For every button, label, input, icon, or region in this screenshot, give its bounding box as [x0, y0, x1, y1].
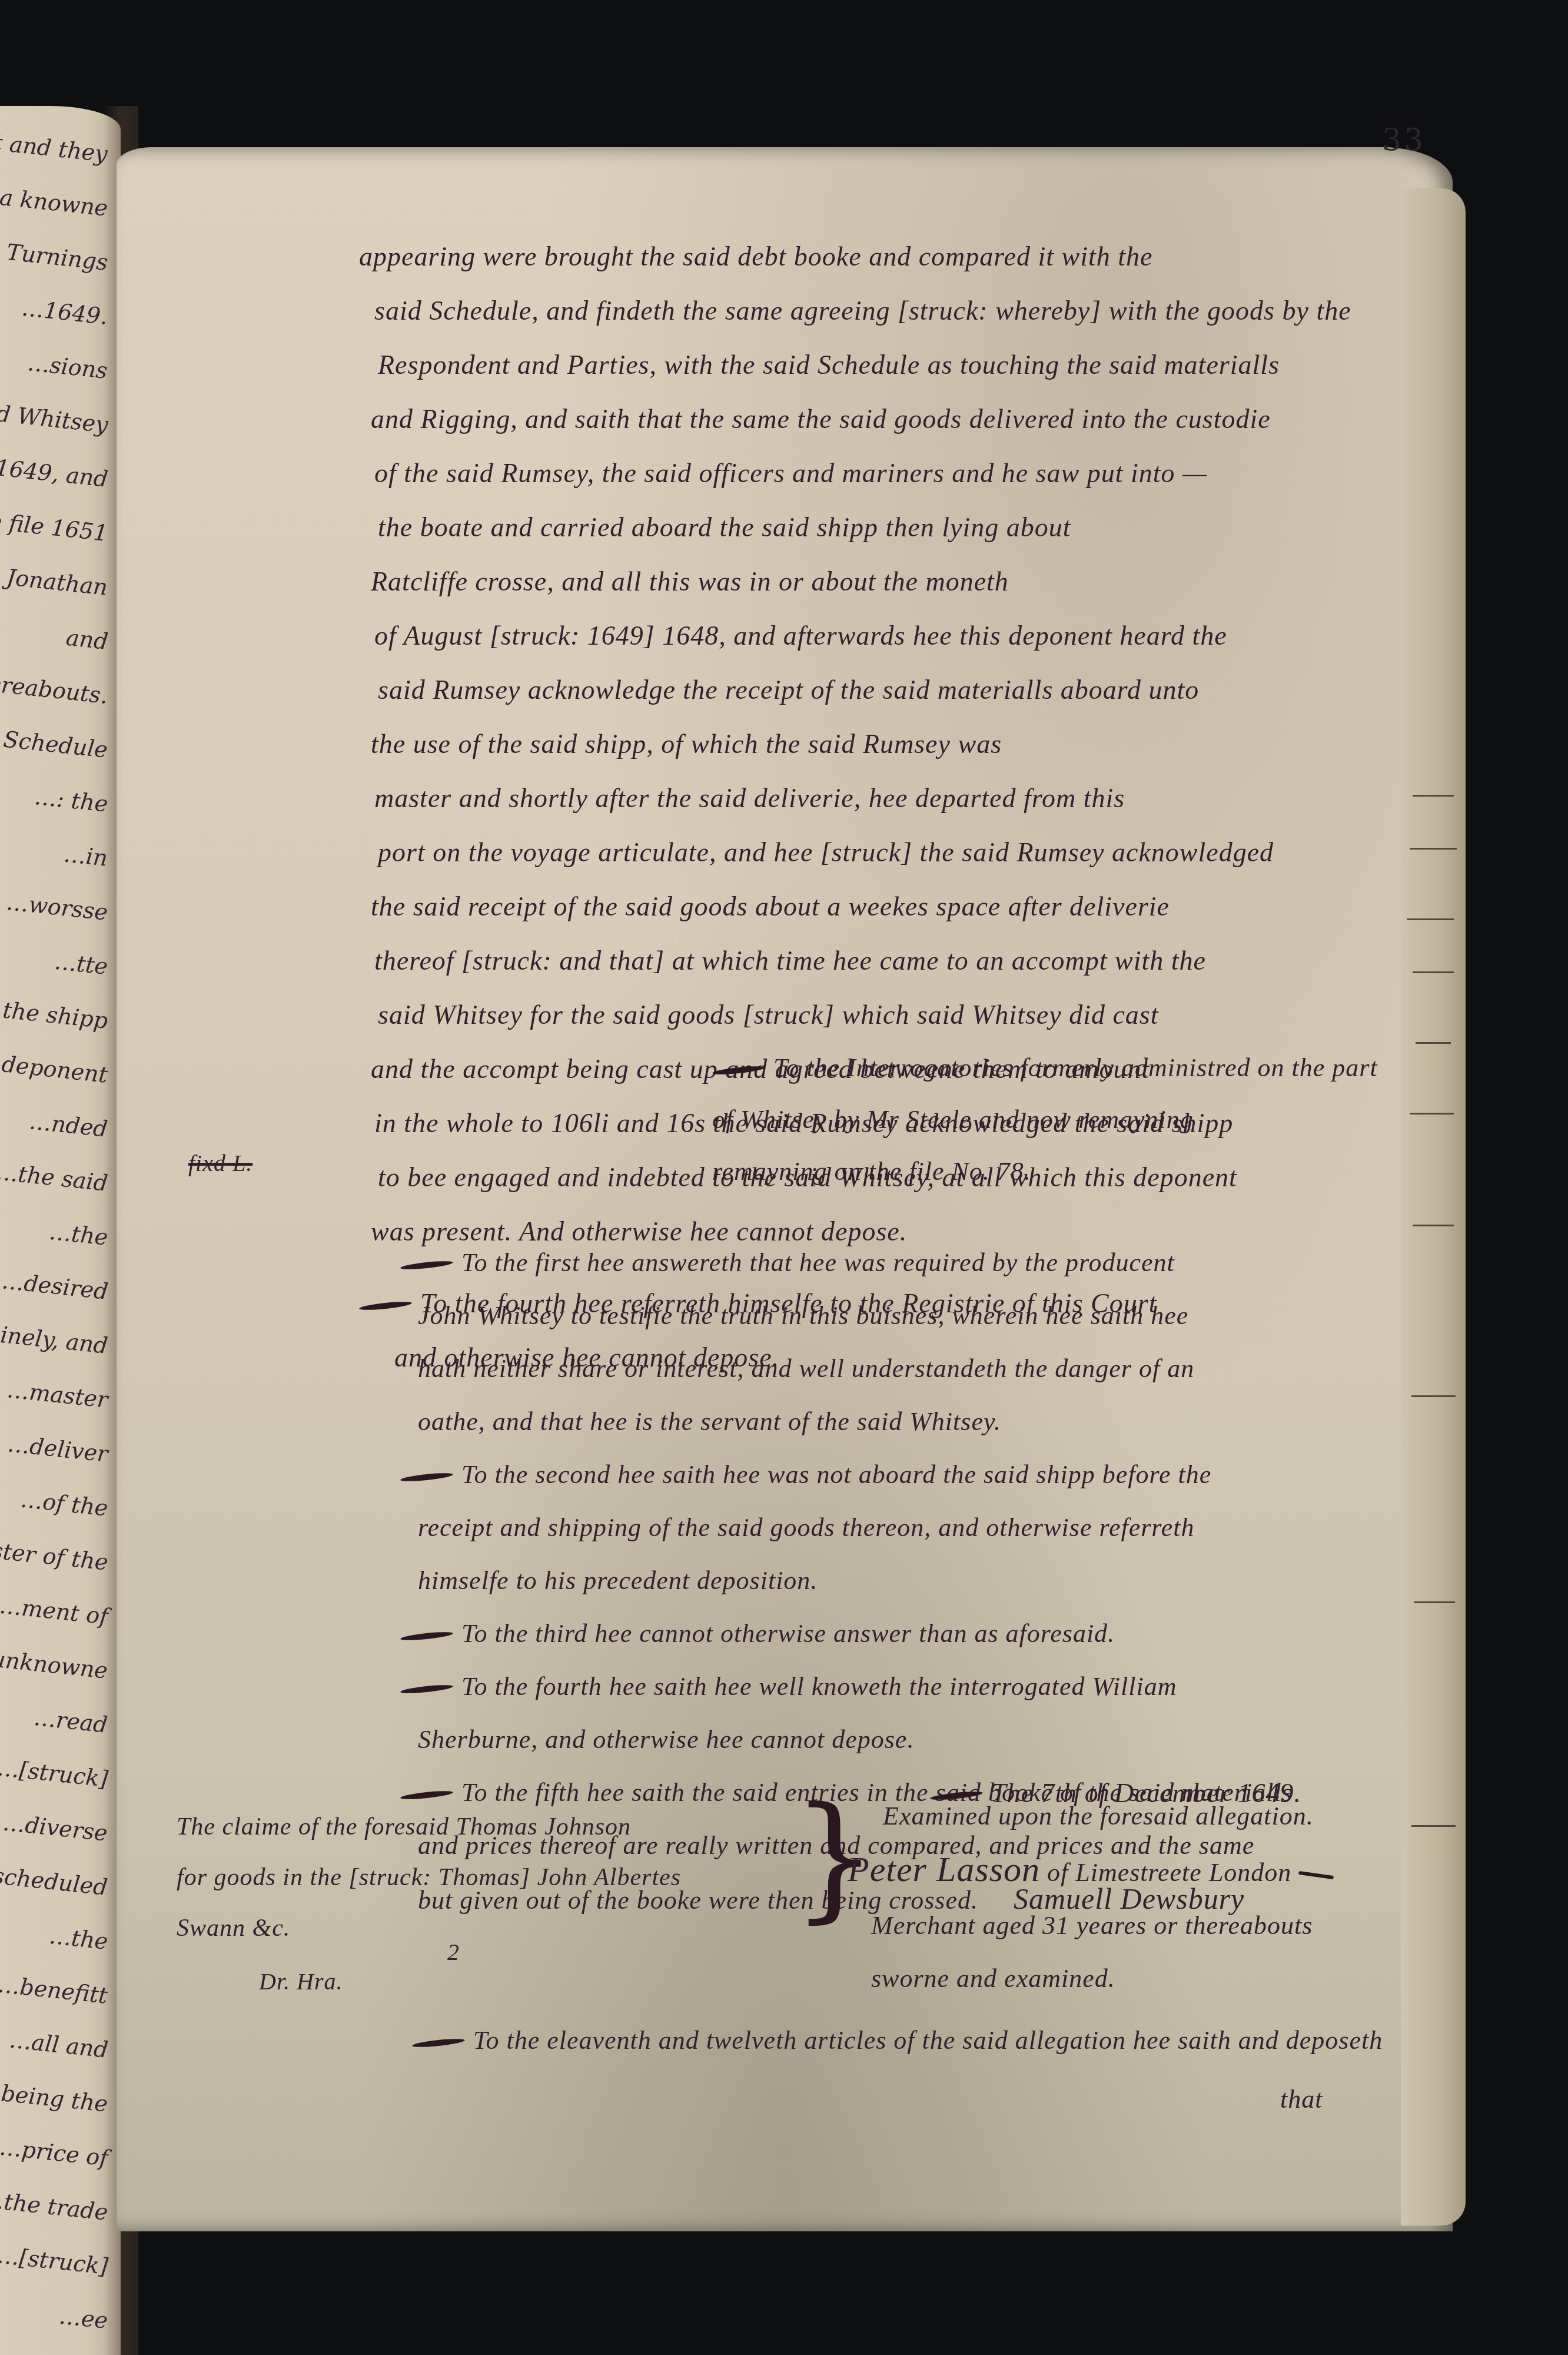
- facing-page-fragment: …benefitt: [0, 1972, 109, 2009]
- edge-leaf-mark: [1411, 1395, 1456, 1397]
- heading-line: of Whitsey by Mr Steele and now remaynin…: [712, 1094, 1378, 1146]
- cause-line: The claime of the foresaid Thomas Johnso…: [177, 1802, 681, 1852]
- catchword: that: [1280, 2072, 1323, 2127]
- deposition-line: said Schedule, and findeth the same agre…: [359, 284, 1430, 338]
- facing-page-fragment: …of the: [19, 1487, 109, 1521]
- facing-page-fragment: …1649.: [21, 295, 109, 330]
- facing-page-fragment: …ua knowne: [0, 180, 109, 221]
- facing-page-fragment: …tyme Turnings: [0, 230, 109, 276]
- deposition-line: appearing were brought the said debt boo…: [359, 230, 1430, 284]
- cause-title: The claime of the foresaid Thomas Johnso…: [177, 1802, 681, 1953]
- proctor-note: Dr. Hra.: [259, 1955, 343, 2009]
- flourish-mark: [400, 1259, 454, 1271]
- deposition-line: Ratcliffe crosse, and all this was in or…: [359, 555, 1430, 609]
- deposition-line: master and shortly after the said delive…: [359, 771, 1430, 825]
- answer-line: To the fourth hee saith hee well knoweth…: [400, 1660, 1293, 1713]
- deposition-body: appearing were brought the said debt boo…: [359, 230, 1430, 1385]
- facing-page-fragment: …the shipp: [0, 994, 109, 1033]
- deposition-line: port on the voyage articulate, and hee […: [359, 825, 1430, 880]
- facing-page-fragment: …being the: [0, 2078, 109, 2117]
- deposition-line: of August [struck: 1649] 1648, and after…: [359, 609, 1430, 663]
- deposition-line: the said receipt of the said goods about…: [359, 880, 1430, 934]
- flourish-mark: [400, 1471, 454, 1482]
- facing-page-fragment: …diverse: [2, 1809, 109, 1846]
- answer-line: Sherburne, and otherwise hee cannot depo…: [400, 1713, 1293, 1766]
- facing-page-fragment: …the file 1651: [0, 503, 109, 546]
- facing-page-fragment: …ment and they: [0, 122, 109, 167]
- answer-line: To the third hee cannot otherwise answer…: [400, 1607, 1293, 1660]
- heading-line: remayning on the file No. 78.: [712, 1146, 1378, 1198]
- deposition-line: and Rigging, and saith that the same the…: [359, 392, 1430, 446]
- deposition-line: of the said Rumsey, the said officers an…: [359, 446, 1430, 500]
- facing-page-fragment: …the said: [0, 1159, 109, 1196]
- edge-leaf-mark: [1414, 1601, 1455, 1603]
- facing-page-fragment: thereabouts.: [0, 668, 109, 709]
- interrogatories-heading: To the Interrogatories formerly administ…: [712, 1042, 1378, 1198]
- facing-page-fragment: and: [65, 625, 109, 655]
- facing-page-fragment: …unknowne: [0, 1643, 109, 1684]
- facing-page-fragment: …ee: [58, 2303, 109, 2333]
- facing-page-fragment: …tte: [53, 948, 109, 980]
- facing-page-fragment: …master of the: [0, 1531, 109, 1575]
- answer-line: receipt and shipping of the said goods t…: [400, 1501, 1293, 1554]
- facing-page-fragment: …scheduled: [0, 1860, 109, 1900]
- flourish-mark: [400, 1683, 454, 1694]
- deponent-description: Merchant aged 31 yeares or thereabouts: [848, 1899, 1334, 1952]
- deponent-name-line: Peter Lasson of Limestreete London: [848, 1843, 1334, 1899]
- flourish-mark: [412, 2037, 466, 2048]
- facing-page-fragment: …certainely, and: [0, 1314, 109, 1359]
- facing-page-fragment: …ain said Whitsey: [0, 390, 109, 438]
- deposition-line: the boate and carried aboard the said sh…: [359, 500, 1430, 555]
- articles-answer-line: To the eleaventh and twelveth articles o…: [412, 2014, 1383, 2068]
- deposition-line: thereof [struck: and that] at which time…: [359, 934, 1430, 988]
- examined-line: Examined upon the foresaid allegation.: [848, 1790, 1334, 1843]
- facing-page-fragment: …deponent: [0, 1049, 109, 1088]
- facing-page-fragment: …desired: [0, 1268, 109, 1305]
- answer-line: oathe, and that hee is the servant of th…: [400, 1395, 1293, 1448]
- facing-page-fragment: …master: [6, 1376, 109, 1413]
- cause-line: for goods in the [struck: Thomas] John A…: [177, 1852, 681, 1903]
- flourish-mark: [400, 1789, 454, 1800]
- facing-page-fragment: …price of: [0, 2134, 109, 2171]
- deponent-name: Peter Lasson: [848, 1850, 1040, 1889]
- flourish-mark: [400, 1630, 454, 1641]
- facing-page-fragment: …[struck]: [0, 1754, 109, 1792]
- edge-leaf-mark: [1411, 1825, 1456, 1827]
- answer-line: To the second hee saith hee was not aboa…: [400, 1448, 1293, 1501]
- answer-line: himselfe to his precedent deposition.: [400, 1554, 1293, 1607]
- facing-page-fragment: …and Jonathan: [0, 556, 109, 600]
- deposition-line: Respondent and Parties, with the said Sc…: [359, 338, 1430, 392]
- facing-page-fragment: …nded: [28, 1108, 109, 1142]
- facing-page-fragment: …[struck]: [0, 2242, 109, 2280]
- deposition-line: said Rumsey acknowledge the receipt of t…: [359, 663, 1430, 717]
- facing-page-fragment: …: the: [33, 784, 109, 817]
- answer-line: John Whitsey to testifie the truth in th…: [400, 1289, 1293, 1342]
- facing-page-fragment: …ment of: [0, 1593, 109, 1630]
- witness-number: 2: [447, 1925, 460, 1979]
- facing-page-fragment: …the trade: [0, 2187, 109, 2225]
- facing-page-fragment: …worsse: [5, 889, 109, 926]
- margin-note-struck: fixd L.: [188, 1136, 253, 1190]
- answer-line: hath neither share or interest, and well…: [400, 1342, 1293, 1395]
- facing-page-fragment: …sions: [26, 350, 109, 384]
- facing-page-fragment: …in: [62, 841, 109, 871]
- cause-line: Swann &c.: [177, 1903, 681, 1953]
- facing-page-fragment: …deliver: [6, 1431, 109, 1467]
- line-filler-dash: [1298, 1871, 1334, 1879]
- flourish-mark: [712, 1064, 766, 1076]
- facing-page-fragment: Schedule: [2, 727, 109, 763]
- facing-page-fragment: …read: [33, 1704, 109, 1738]
- deposition-line: the use of the said shipp, of which the …: [359, 717, 1430, 771]
- folio-number: 33: [1382, 122, 1426, 158]
- facing-page-fragment: …1649, and: [0, 452, 109, 492]
- deponent-entry: Examined upon the foresaid allegation. P…: [848, 1790, 1334, 2005]
- deposition-line: said Whitsey for the said goods [struck]…: [359, 988, 1430, 1042]
- facing-page-fragment: …the: [48, 1219, 109, 1251]
- heading-line: To the Interrogatories formerly administ…: [712, 1042, 1378, 1094]
- facing-page-fragment: …all and: [8, 2027, 109, 2063]
- answer-line: To the first hee answereth that hee was …: [400, 1236, 1293, 1289]
- sworn-line: sworne and examined.: [848, 1952, 1334, 2005]
- facing-page-fragment: …the: [48, 1923, 109, 1955]
